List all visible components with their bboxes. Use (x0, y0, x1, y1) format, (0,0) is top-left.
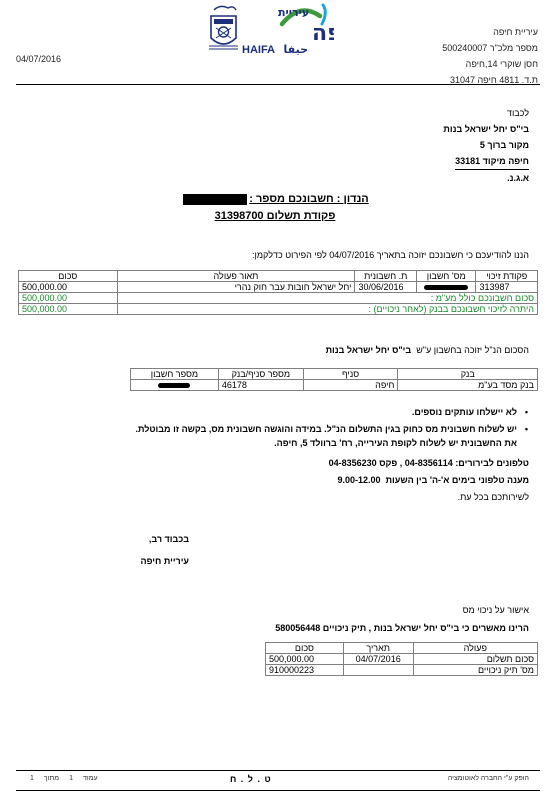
signoff: בכבוד רב, עיריית חיפה (49, 528, 189, 572)
table-row: בנק מסד בע"מ חיפה 46178 (131, 380, 538, 391)
credit-details-table: פקודת זיכוי מס' חשבון ת. חשבונית תאור פע… (18, 270, 538, 315)
branch-cell: חיפה (303, 380, 398, 391)
haifa-municipality-logo: עיריית חיפה HAIFA حيفا (208, 2, 334, 56)
hours-line: מענה טלפוני בימים א'-ה' בין השעות 9.00-1… (229, 472, 529, 489)
svg-text:עיריית: עיריית (278, 6, 309, 19)
org-name: עיריית חיפה (378, 24, 538, 40)
header-divider (16, 84, 540, 85)
column-header: סניף (303, 369, 398, 380)
addressee-city-zip: חיפה מיקוד 33181 (455, 153, 529, 170)
please-turn-over: ט . ל . ח (230, 774, 272, 784)
subject-block: הנדון : חשבונכם מספר : פקודת תשלום 31398… (150, 193, 400, 222)
note-item: יש לשלוח חשבונית מס כחוק בגין התשלום הנ"… (129, 422, 517, 436)
total-row: סכום חשבונכם כולל מע"מ : 500,000.00 (19, 293, 538, 304)
total-incl-vat-amount: 500,000.00 (19, 293, 118, 304)
amount-cell: 500,000.00 (19, 282, 118, 293)
svg-text:حيفا: حيفا (284, 43, 308, 56)
signer: עיריית חיפה (49, 550, 189, 572)
city-emblem-icon (209, 6, 238, 49)
table-header-row: בנק סניף מספר סניף/בנק מספר חשבון (131, 369, 538, 380)
column-header: מספר חשבון (131, 369, 219, 380)
action-cell: מס' תיק ניכויים (413, 665, 537, 676)
column-header: בנק (398, 369, 538, 380)
description-cell: יחל ישראל חובות עבר חוק נהרי (117, 282, 355, 293)
payment-order-number: פקודת תשלום 31398700 (150, 210, 400, 222)
balance-amount: 500,000.00 (19, 304, 118, 315)
credit-order-cell: 313987 (476, 282, 538, 293)
note-item-continued: את החשבונית יש לשלוח לקופת העירייה, רח' … (129, 436, 529, 450)
table-row: 313987 30/06/2016 יחל ישראל חובות עבר חו… (19, 282, 538, 293)
organization-details: עיריית חיפה מספר מלכ"ר 500240007 חסן שוק… (378, 24, 538, 88)
action-cell: סכום תשלום (413, 654, 537, 665)
tax-approval-table: פעולה תאריך סכום סכום תשלום 04/07/2016 5… (265, 642, 538, 676)
fax-number: 04-8356230 (329, 458, 377, 468)
account-number-cell (416, 282, 475, 293)
column-header: פקודת זיכוי (476, 271, 538, 282)
tax-approval-statement: הרינו מאשרים כי בי"ס יחל ישראל בנות , תי… (275, 623, 529, 633)
page-total: 1 (30, 775, 34, 782)
table-row: סכום תשלום 04/07/2016 500,000.00 (266, 654, 538, 665)
svg-text:חיפה: חיפה (312, 21, 334, 46)
column-header: מספר סניף/בנק (218, 369, 303, 380)
hours: 9.00-12.00 (338, 475, 381, 485)
total-incl-vat-label: סכום חשבונכם כולל מע"מ : (117, 293, 538, 304)
svg-text:HAIFA: HAIFA (242, 44, 275, 56)
print-date: 04/07/2016 (16, 54, 61, 64)
greeting: א.ג.נ. (507, 173, 529, 183)
amount-cell: 500,000.00 (266, 654, 344, 665)
credited-name: בי"ס יחל ישראל בנות (326, 345, 412, 355)
closing-line: לשירותכם בכל עת. (229, 489, 529, 506)
table-header-row: פקודת זיכוי מס' חשבון ת. חשבונית תאור פע… (19, 271, 538, 282)
page-counter: עמוד1מתוך1 (20, 775, 140, 782)
credited-account-line: הסכום הנ"ל יזוכה בחשבון ע"ש בי"ס יחל ישר… (326, 345, 529, 355)
phone-line: טלפונים לבירורים: 04-8356114 , פקס 04-83… (229, 455, 529, 472)
date-cell (343, 665, 413, 676)
footer-issuer: הופק ע"י החברה לאוטומציה (448, 775, 529, 782)
contact-info: טלפונים לבירורים: 04-8356114 , פקס 04-83… (229, 455, 529, 506)
redacted-account-number (183, 194, 247, 205)
addressee-salutation: לכבוד (309, 105, 529, 121)
addressee-block: לכבוד בי"ס יחל ישראל בנות מקור ברוך 5 חי… (309, 105, 529, 170)
footer-bottom-divider (16, 790, 540, 791)
footer-divider (16, 770, 540, 771)
table-row: מס' תיק ניכויים 910000223 (266, 665, 538, 676)
bank-name-cell: בנק מסד בע"מ (398, 380, 538, 391)
phone-number: 04-8356114 (405, 458, 453, 468)
notes: לא יישלחו עותקים נוספים. יש לשלוח חשבוני… (129, 405, 529, 450)
amount-cell: 910000223 (266, 665, 344, 676)
org-po-box: ת.ד. 4811 חיפה 31047 (378, 72, 538, 88)
column-header: ת. חשבונית (355, 271, 417, 282)
balance-label: היתרה לזיכוי חשבונכם בבנק (לאחר ניכויים)… (117, 304, 538, 315)
redacted-account-number (424, 285, 468, 290)
account-number-cell (131, 380, 219, 391)
page-number: 1 (69, 775, 73, 782)
table-header-row: פעולה תאריך סכום (266, 643, 538, 654)
column-header: תאור פעולה (117, 271, 355, 282)
date-cell: 04/07/2016 (343, 654, 413, 665)
intro-text: הננו להודיעכם כי חשבונכם יזוכה בתאריך 04… (252, 250, 529, 260)
addressee-name: בי"ס יחל ישראל בנות (309, 121, 529, 137)
branch-number-cell: 46178 (218, 380, 303, 391)
column-header: סכום (19, 271, 118, 282)
regards: בכבוד רב, (49, 528, 189, 550)
invoice-date-cell: 30/06/2016 (355, 282, 417, 293)
addressee-street: מקור ברוך 5 (309, 137, 529, 153)
column-header: פעולה (413, 643, 537, 654)
note-item: לא יישלחו עותקים נוספים. (129, 405, 517, 419)
org-street-address: חסן שוקרי 14,חיפה (378, 56, 538, 72)
column-header: מס' חשבון (416, 271, 475, 282)
tax-approval-title: אישור על ניכוי מס (463, 605, 529, 615)
org-registration-number: מספר מלכ"ר 500240007 (378, 40, 538, 56)
balance-row: היתרה לזיכוי חשבונכם בבנק (לאחר ניכויים)… (19, 304, 538, 315)
subject-line: הנדון : חשבונכם מספר : (249, 193, 369, 205)
redacted-account-number (158, 383, 190, 388)
column-header: תאריך (343, 643, 413, 654)
bank-details-table: בנק סניף מספר סניף/בנק מספר חשבון בנק מס… (130, 368, 538, 391)
column-header: סכום (266, 643, 344, 654)
credited-prefix: הסכום הנ"ל יזוכה בחשבון ע"ש (416, 345, 529, 355)
